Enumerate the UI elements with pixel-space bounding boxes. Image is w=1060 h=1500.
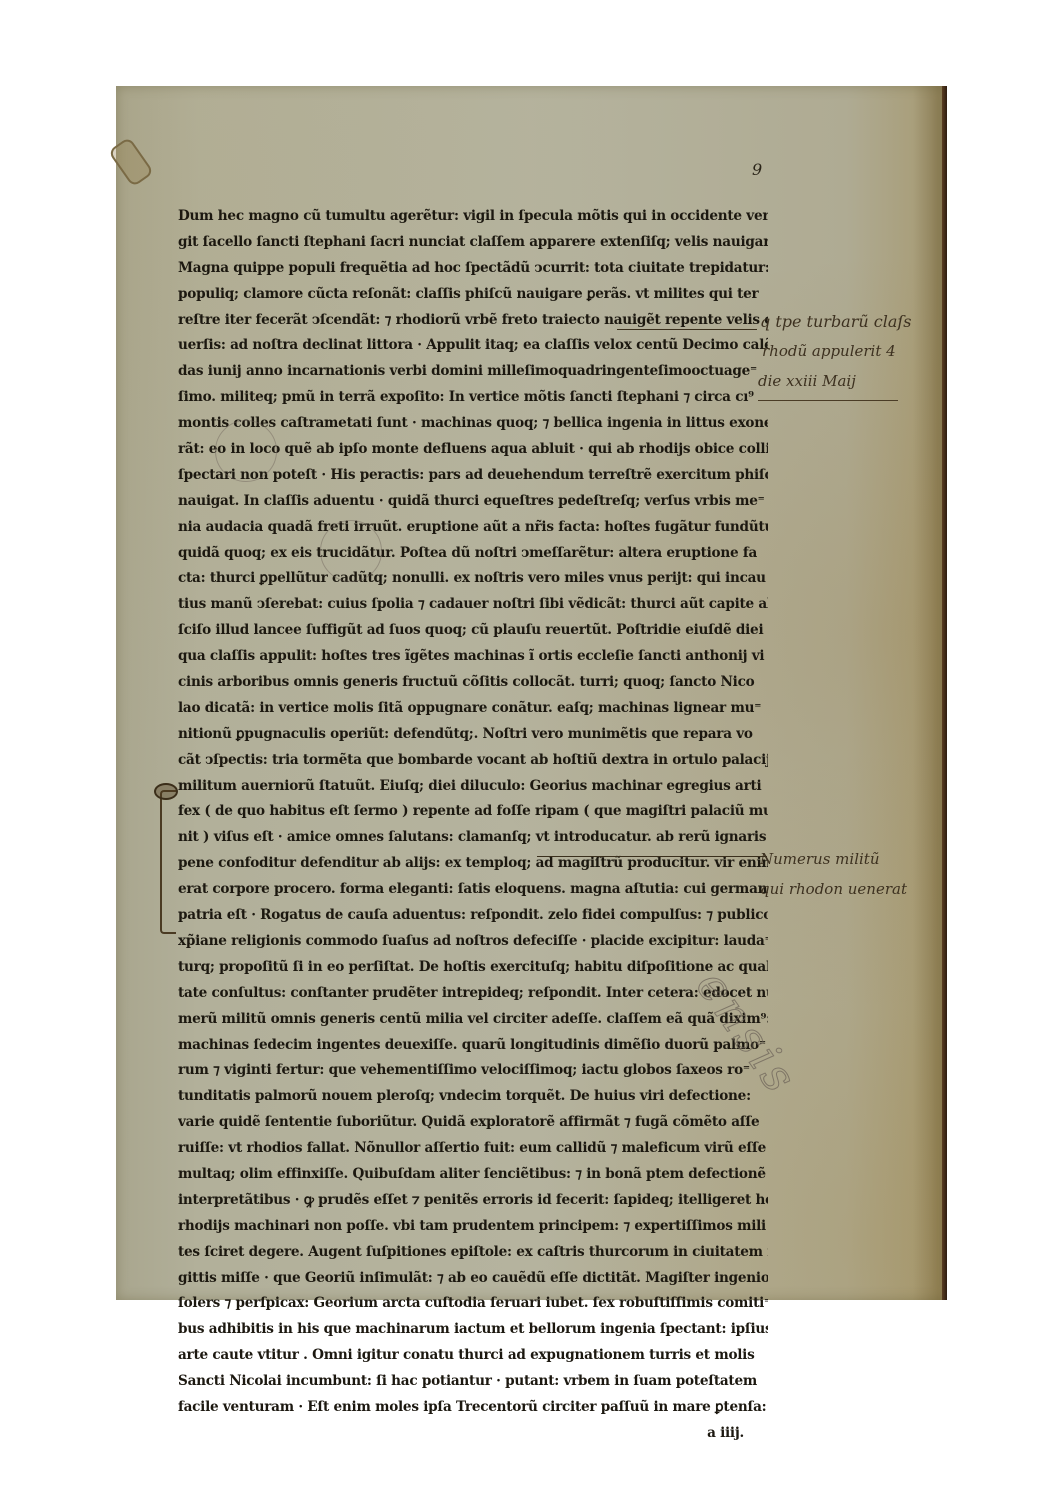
text-line: rum ⁊ viginti fertur: que vehementiſſimo… <box>178 1058 768 1084</box>
text-line: nit ) viſus eſt · amice omnes ſalutans: … <box>178 825 768 851</box>
text-line: fex ( de quo habitus eſt ſermo ) repente… <box>178 799 768 825</box>
text-line: arte caute vtitur . Omni igitur conatu t… <box>178 1343 768 1369</box>
text-line: quidã quoq; ex eis trucidãtur. Poſtea dũ… <box>178 541 768 567</box>
handwritten-underline <box>537 856 767 857</box>
text-line: populiq; clamore cũcta reſonãt: claſſis … <box>178 282 768 308</box>
text-line: git ſacello ſancti ſtephani ſacri nuncia… <box>178 230 768 256</box>
marginal-note-line: q tpe turbarũ claſs <box>760 312 912 331</box>
text-line: turq; propoſitũ ſi in eo perſiſtat. De h… <box>178 955 768 981</box>
text-line: qua claſſis appulit: hoſtes tres ĩgẽtes … <box>178 644 768 670</box>
marginal-note-line: rhodũ appulerit 4 <box>762 342 896 360</box>
bracket-knob-icon <box>154 783 178 800</box>
text-line: varie quidẽ ſententie ſuboriũtur. Quidã … <box>178 1110 768 1136</box>
text-line: tes ſciret degere. Augent ſuſpitiones ep… <box>178 1240 768 1266</box>
text-line: erat corpore procero. forma eleganti: ſa… <box>178 877 768 903</box>
book-spine-edge <box>942 86 947 1300</box>
text-line: bus adhibitis in his que machinarum iact… <box>178 1317 768 1343</box>
stamp-ghost-mark <box>215 420 277 482</box>
text-line: ſimo. militeq; pmũ in terrã expoſito: In… <box>178 385 768 411</box>
folio-number: 9 <box>752 160 762 179</box>
text-line: patria eſt · Rogatus de cauſa aduentus: … <box>178 903 768 929</box>
marginal-bracket <box>160 790 176 934</box>
text-line: tunditatis palmorũ nouem pleroſq; vndeci… <box>178 1084 768 1110</box>
text-line: Dum hec magno cũ tumultu agerẽtur: vigil… <box>178 204 768 230</box>
printed-text-block: Dum hec magno cũ tumultu agerẽtur: vigil… <box>178 204 768 1447</box>
text-line: cãt ↄſpectis: tria tormẽta que bombarde … <box>178 748 768 774</box>
text-line: lao dicatã: in vertice molis ſitã oppugn… <box>178 696 768 722</box>
text-line: ſciſo illud lancee ſuffigũt ad ſuos quoq… <box>178 618 768 644</box>
marginal-note-line: die xxiii Maij <box>758 372 856 390</box>
text-line: militum auerniorũ ſtatuũt. Eiuſq; diei d… <box>178 774 768 800</box>
text-line: tate conſultus: conſtanter prudẽter intr… <box>178 981 768 1007</box>
stamp-ghost-mark <box>320 520 382 582</box>
text-line: multaq; olim effinxiſſe. Quibuſdam alite… <box>178 1162 768 1188</box>
text-line: machinas ſedecim ingentes deuexiſſe. qua… <box>178 1033 768 1059</box>
text-line: nitionũ ꝑpugnaculis operiũt: defendũtq;.… <box>178 722 768 748</box>
text-line: Magna quippe populi frequẽtia ad hoc ſpe… <box>178 256 768 282</box>
text-line: rhodijs machinari non poſſe. vbi tam pru… <box>178 1214 768 1240</box>
text-line: ruiſſe: vt rhodios fallat. Nõnullor aſſe… <box>178 1136 768 1162</box>
text-line: ſolers ⁊ perſpicax: Georium arcta cuſtod… <box>178 1291 768 1317</box>
handwritten-underline <box>617 329 757 330</box>
signature-mark: a iiij. <box>178 1421 768 1447</box>
text-line: gittis miſſe · que Georiũ inſimulãt: ⁊ a… <box>178 1266 768 1292</box>
text-line: nauigat. In claſſis aduentu · quidã thur… <box>178 489 768 515</box>
marginal-note-line: qui rhodon uenerat <box>760 880 907 898</box>
text-line: cinis arboribus omnis generis fructuũ cõ… <box>178 670 768 696</box>
text-line: merũ militũ omnis generis centũ milia ve… <box>178 1007 768 1033</box>
marginal-note-line: Numerus militũ <box>760 850 880 868</box>
text-line: interpretãtibus · ꝙ prudẽs eſſet ⁊ penit… <box>178 1188 768 1214</box>
marginal-note-rule <box>758 400 898 401</box>
text-line: tius manũ ↄſerebat: cuius ſpolia ⁊ cadau… <box>178 592 768 618</box>
text-line: uerſis: ad noſtra declinat littora · App… <box>178 333 768 359</box>
text-line: xp̃iane religionis commodo ſuaſus ad noſ… <box>178 929 768 955</box>
text-line: cta: thurci ꝑpellũtur cadũtq; nonulli. e… <box>178 566 768 592</box>
text-line: das iunij anno incarnationis verbi domin… <box>178 359 768 385</box>
text-line: facile venturam · Eſt enim moles ipſa Tr… <box>178 1395 768 1421</box>
text-line: nia audacia quadã freti irruũt. eruption… <box>178 515 768 541</box>
text-line: Sancti Nicolai incumbunt: ſi hac potiant… <box>178 1369 768 1395</box>
